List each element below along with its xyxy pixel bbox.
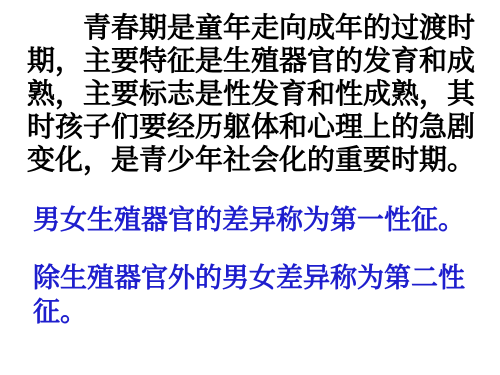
text-line: 除生殖器官外的男女差异称为第二性 — [33, 261, 488, 295]
text-line: 期，主要特征是生殖器官的发育和成 — [27, 45, 479, 78]
presentation-slide: 青春期是童年走向成年的过渡时期，主要特征是生殖器官的发育和成熟，主要标志是性发育… — [0, 0, 500, 375]
text-line: 时孩子们要经历躯体和心理上的急剧 — [27, 111, 479, 144]
text-line: 熟，主要标志是性发育和性成熟，其 — [27, 78, 479, 111]
first-sex-characteristic-statement: 男女生殖器官的差异称为第一性征。 — [33, 203, 490, 237]
puberty-intro-paragraph: 青春期是童年走向成年的过渡时期，主要特征是生殖器官的发育和成熟，主要标志是性发育… — [27, 12, 479, 177]
text-line: 征。 — [33, 295, 488, 329]
text-line: 变化，是青少年社会化的重要时期。 — [27, 144, 479, 177]
text-line: 青春期是童年走向成年的过渡时 — [27, 12, 479, 45]
second-sex-characteristic-statement: 除生殖器官外的男女差异称为第二性征。 — [33, 261, 488, 329]
